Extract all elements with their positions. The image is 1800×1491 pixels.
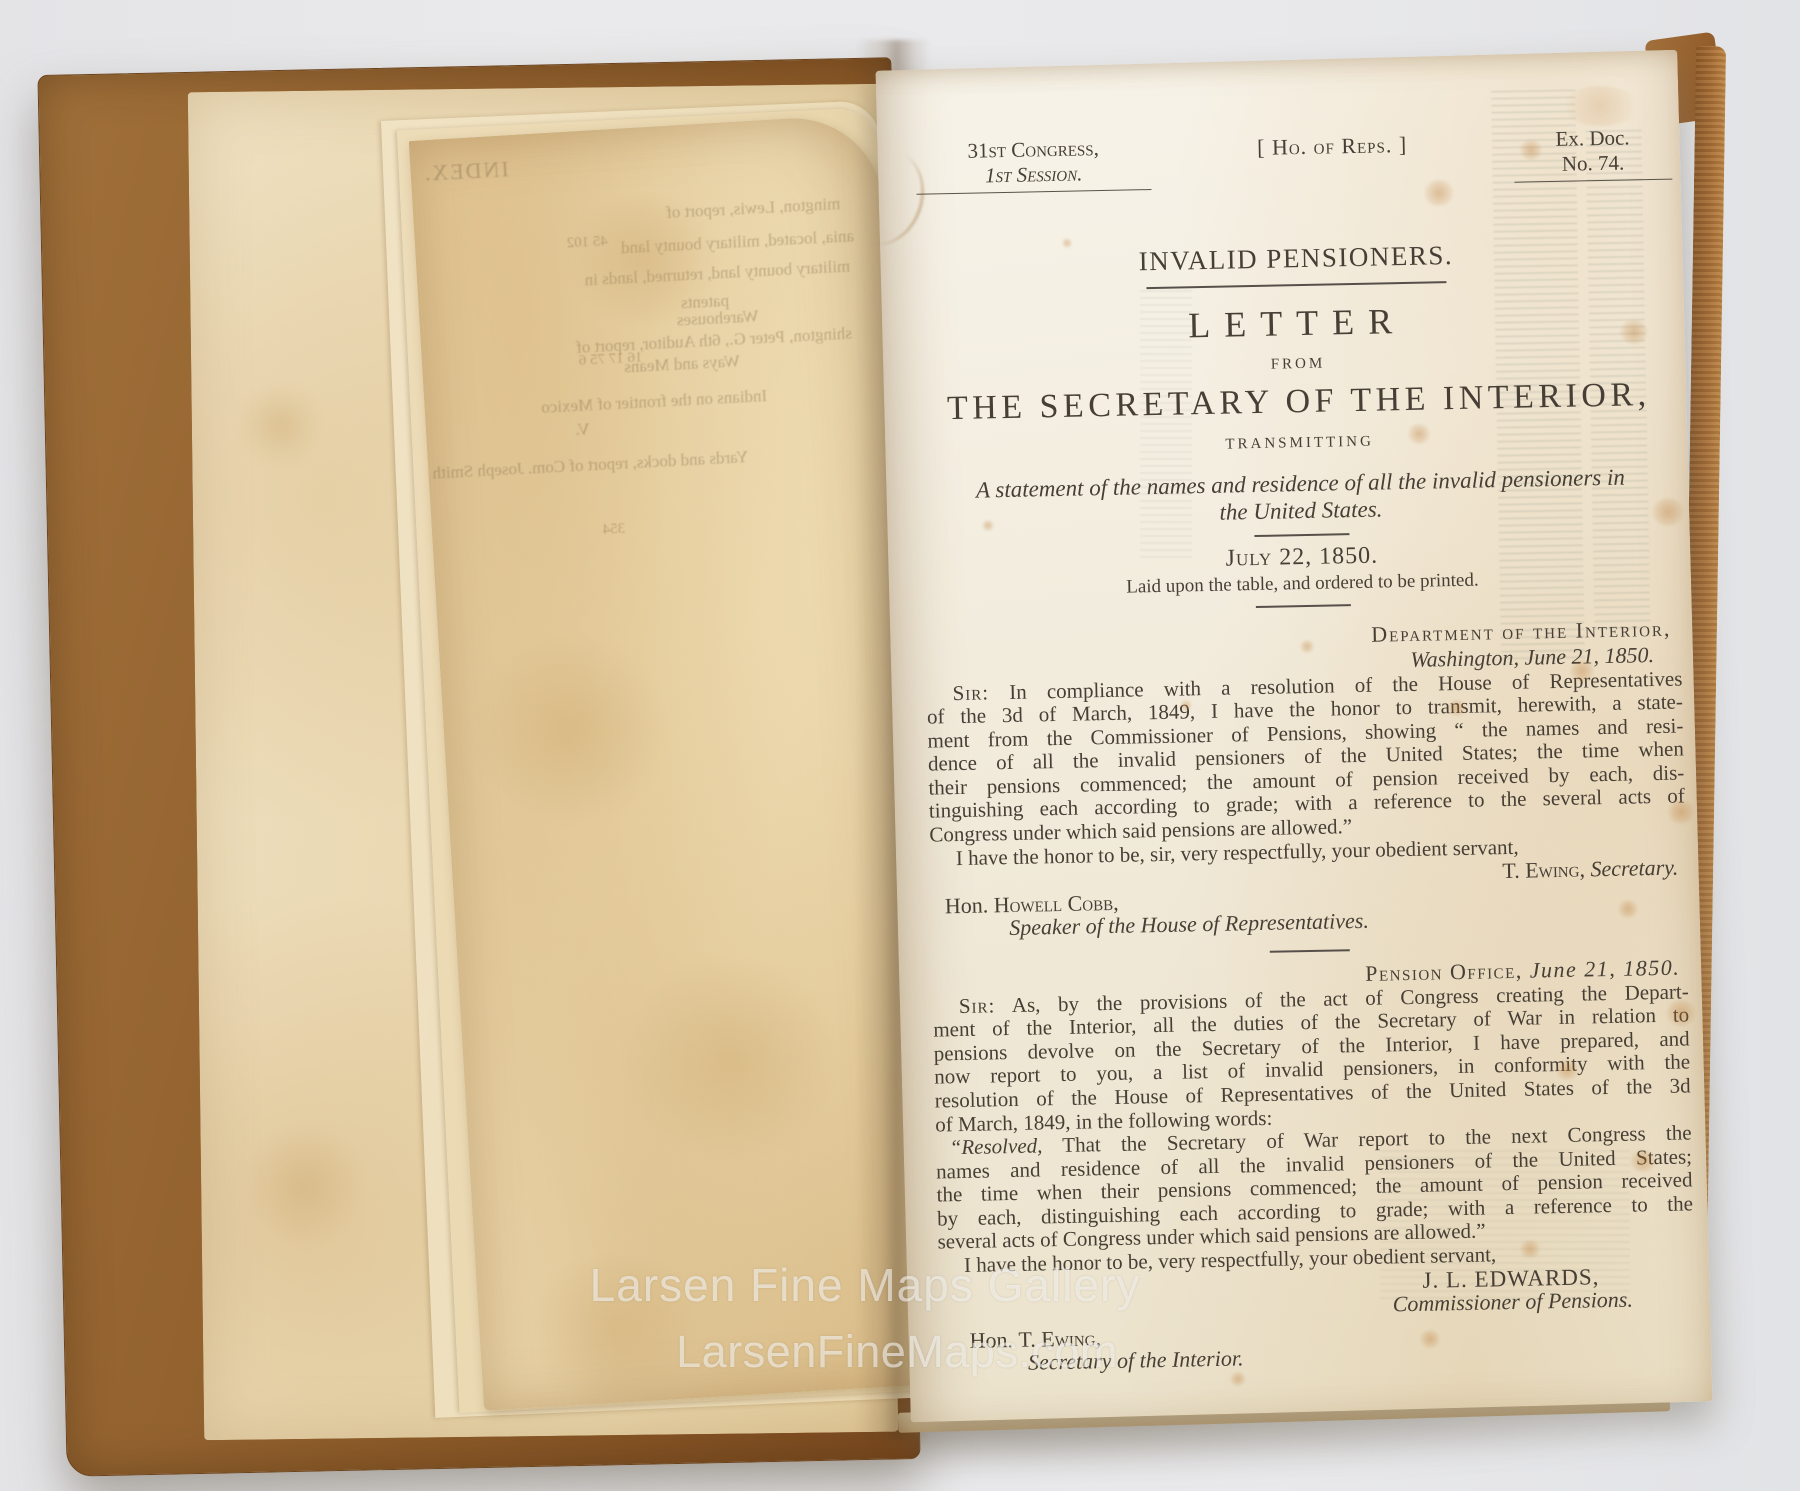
showthrough-text: INDEX. [422, 156, 509, 186]
showthrough-numbers: 354 [602, 521, 625, 539]
chamber-label: [ Ho. of Reps. ] [1257, 130, 1408, 161]
foxing-spot [1408, 424, 1430, 444]
photo-scene: INDEX. mington, Lewis, report of ania, l… [0, 0, 1800, 1491]
foxing-spot [1520, 140, 1542, 160]
addressee-prefix: Hon. [945, 892, 989, 918]
age-stain [520, 1260, 710, 1400]
foxing-spot [1448, 700, 1466, 716]
office-date: June 21, 1850. [1529, 954, 1680, 982]
foxing-spot [1560, 86, 1640, 126]
foxing-spot [1300, 640, 1314, 653]
document-page: 31st Congress, 1st Session. [ Ho. of Rep… [903, 103, 1698, 1377]
foxing-spot [1230, 1372, 1246, 1386]
foxing-spot [1570, 660, 1594, 682]
showthrough-text: Indians on the frontier of Mexico [541, 386, 768, 418]
foxing-spot [1666, 1000, 1696, 1026]
addressee-name: T. Ewing, [1018, 1325, 1101, 1352]
divider-rule [1270, 949, 1350, 952]
foxing-spot [1556, 1060, 1578, 1080]
congress-session: 31st Congress, 1st Session. [915, 135, 1151, 195]
showthrough-numbers: 16 17 75 6 [578, 349, 643, 369]
showthrough-text: Yards and docks, report of Com. Joseph S… [432, 447, 749, 484]
document-header: 31st Congress, 1st Session. [ Ho. of Rep… [915, 125, 1672, 195]
statement-summary: A statement of the names and residence o… [922, 462, 1679, 531]
divider-rule [1146, 281, 1446, 289]
from-word: FROM [920, 348, 1676, 380]
foxing-spot [1424, 180, 1454, 206]
foxing-spot [1630, 1150, 1656, 1172]
foxing-spot [1520, 1240, 1540, 1258]
foxing-spot [982, 520, 994, 531]
age-stain [620, 960, 840, 1160]
age-stain [470, 640, 670, 820]
showthrough-text: V. [575, 419, 590, 440]
session-line: 1st Session. [916, 160, 1151, 190]
foxing-spot [1420, 1330, 1440, 1348]
salutation: Sir: [952, 680, 989, 705]
document-subject: INVALID PENSIONERS. [918, 236, 1674, 282]
salutation: Sir: [959, 993, 996, 1018]
letter-word: LETTER [919, 294, 1676, 351]
transmitting-word: TRANSMITTING [922, 427, 1678, 459]
age-stain [250, 1120, 360, 1250]
resolved-word: “Resolved, [949, 1134, 1042, 1160]
foxing-spot [1668, 800, 1694, 824]
foxing-spot [1652, 498, 1684, 526]
letter1-body: Sir: In compliance with a resolution of … [926, 667, 1687, 942]
age-stain [560, 200, 730, 320]
divider-rule [1254, 533, 1349, 537]
foxing-spot [1062, 238, 1072, 248]
divider-rule [1255, 604, 1350, 608]
author-line: THE SECRETARY OF THE INTERIOR, [920, 375, 1677, 428]
letter2-body: Sir: As, by the provisions of the act of… [933, 980, 1697, 1377]
foxing-spot [1180, 700, 1192, 711]
foxing-spot [1620, 320, 1648, 344]
office-name: Pension Office, [1365, 957, 1523, 985]
signature-title: Secretary. [1590, 855, 1678, 882]
addressee-prefix: Hon. [969, 1327, 1013, 1353]
foxing-spot [1618, 900, 1638, 918]
age-stain [240, 380, 320, 470]
signature-name: T. Ewing, [1502, 857, 1585, 884]
